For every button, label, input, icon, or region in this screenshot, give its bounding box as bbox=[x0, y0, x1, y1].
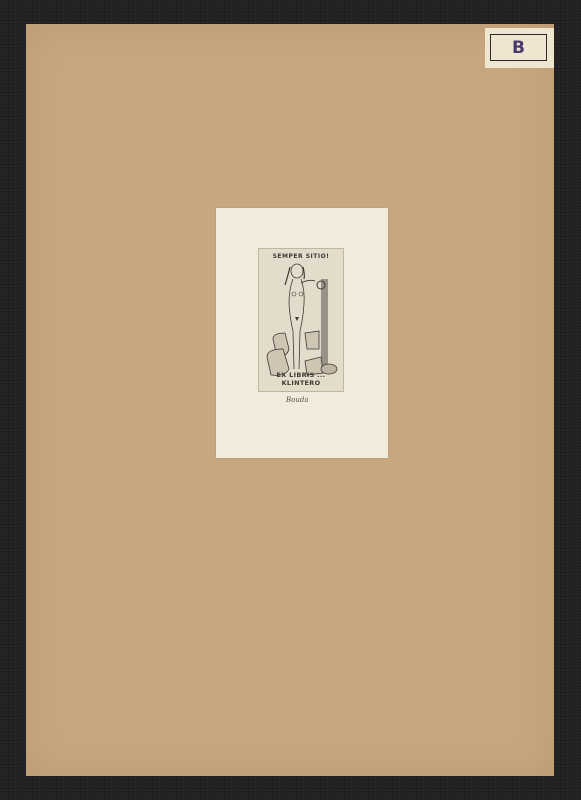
mounting-paper: B bbox=[26, 24, 554, 776]
plate-owner-inscription: EX LIBRIS ... KLINTERO bbox=[261, 371, 341, 387]
plate-motto: SEMPER SITIO! bbox=[261, 253, 341, 260]
artist-signature: Bouda bbox=[286, 396, 309, 404]
catalog-letter: B bbox=[512, 38, 525, 58]
catalog-label: B bbox=[485, 28, 554, 68]
catalog-label-box: B bbox=[490, 34, 547, 61]
etched-plate: SEMPER SITIO! EX LIBRIS ... KLINTERO bbox=[258, 248, 344, 392]
print-card: SEMPER SITIO! EX LIBRIS ... KLINTERO Bou… bbox=[216, 208, 388, 458]
